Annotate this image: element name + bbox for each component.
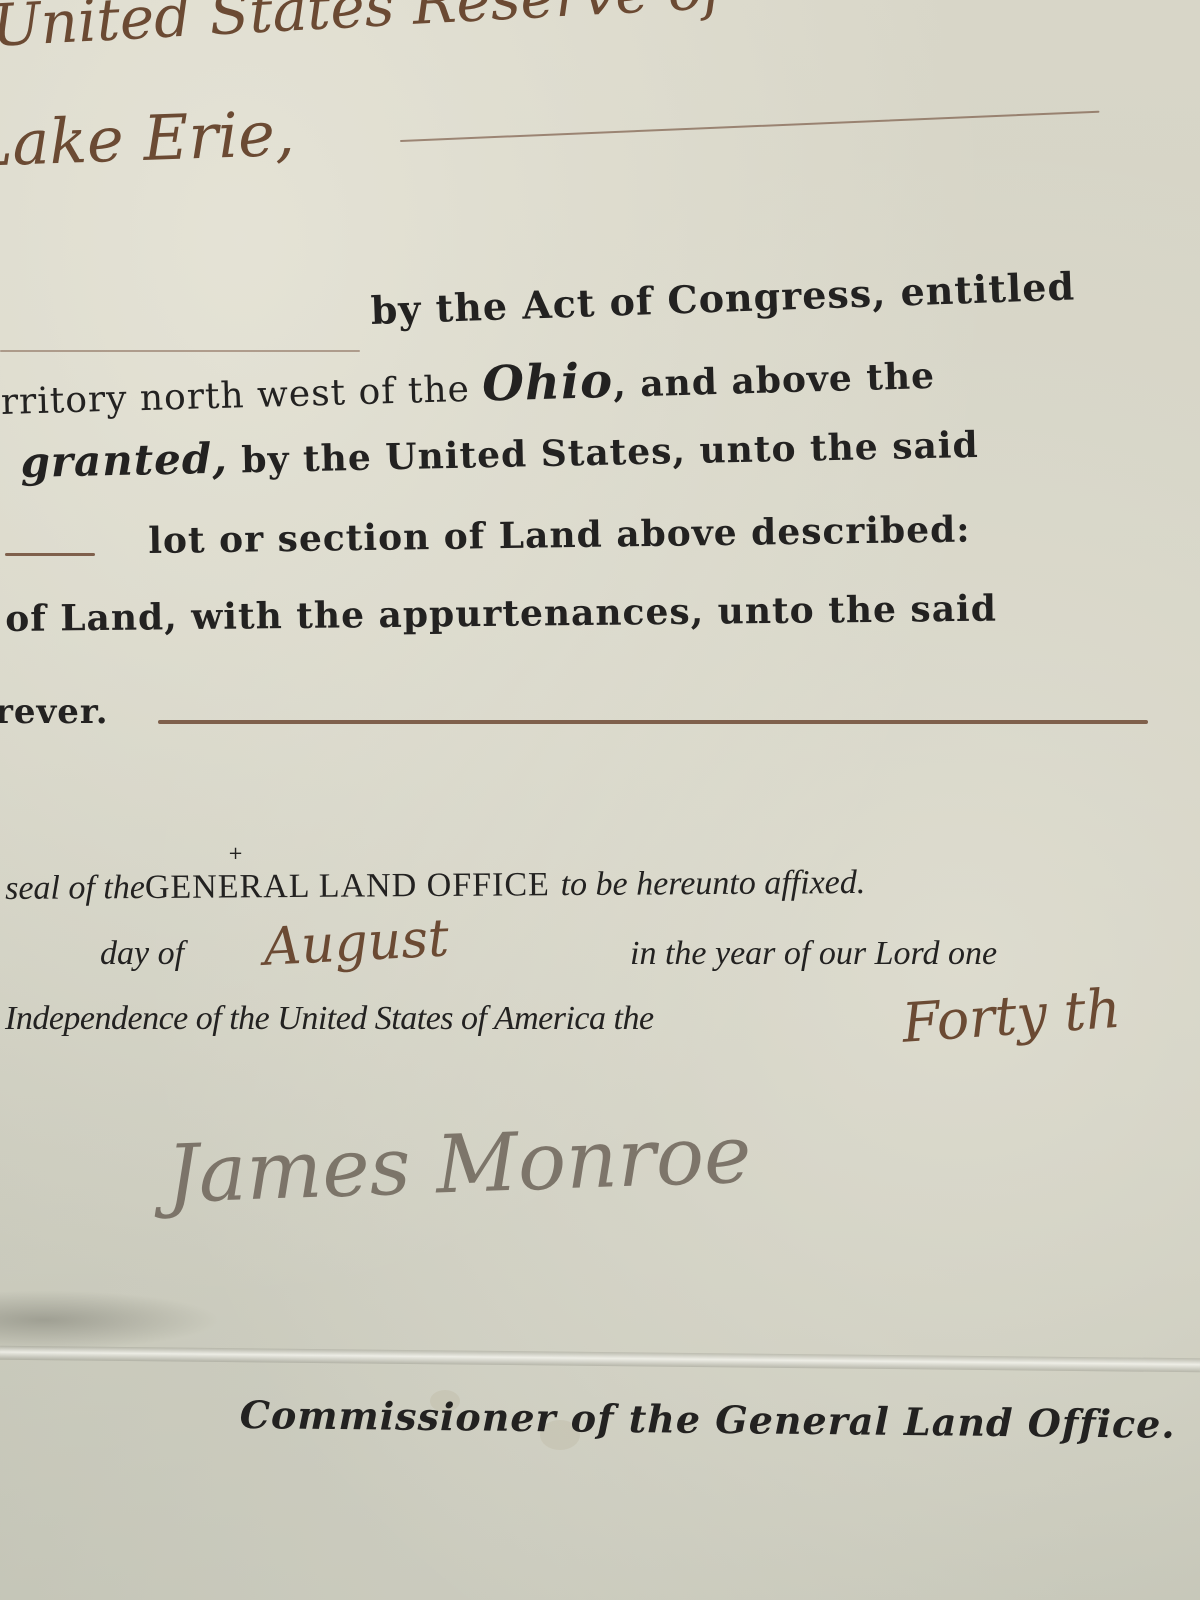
independence-text: Independence of the United States of Ame…	[5, 1000, 654, 1038]
handwritten-reserve-line: United States Reserve of	[0, 0, 726, 60]
handwritten-month: August	[262, 908, 450, 978]
forever-text: rever.	[0, 692, 109, 732]
lot-or-section-line: lot or section of Land above described:	[148, 509, 971, 562]
territory-line: rritory north west of the Ohio, and abov…	[0, 344, 936, 426]
paper-fold	[0, 1346, 1200, 1373]
above-the-text: , and above the	[613, 355, 936, 406]
document-photo: United States Reserve of Lake Erie, by t…	[0, 0, 1200, 1600]
commissioner-title: Commissioner of the General Land Office.	[240, 1392, 1176, 1447]
ink-rule-long	[158, 720, 1148, 724]
territory-text: rritory north west of the	[0, 369, 470, 423]
blank-rule	[0, 350, 360, 352]
seal-line: seal of theGENERAL LAND OFFICE to be her…	[5, 862, 865, 908]
ink-dash	[5, 553, 95, 556]
seal-of-the-text: seal of the	[5, 869, 145, 907]
granted-line: granted, by the United States, unto the …	[20, 418, 979, 487]
crease-shadow	[0, 1290, 220, 1350]
ohio-text: Ohio	[481, 353, 613, 413]
day-of-text: day of	[100, 935, 184, 973]
granted-text: granted,	[20, 434, 228, 487]
appurtenances-line: of Land, with the appurtenances, unto th…	[5, 588, 997, 640]
ink-rule	[400, 111, 1099, 142]
united-states-text: by the United States, unto the said	[241, 424, 979, 481]
act-of-congress-line: by the Act of Congress, entitled	[370, 263, 1076, 333]
cross-mark: +	[228, 843, 243, 864]
affixed-text: to be hereunto affixed.	[561, 864, 866, 903]
signature-james-monroe: James Monroe	[165, 1108, 753, 1221]
general-land-office-text: GENERAL LAND OFFICE	[145, 866, 550, 906]
year-of-lord-text: in the year of our Lord one	[630, 935, 997, 973]
handwritten-lake-erie: Lake Erie,	[0, 97, 296, 181]
handwritten-year-word: Forty th	[900, 977, 1123, 1055]
